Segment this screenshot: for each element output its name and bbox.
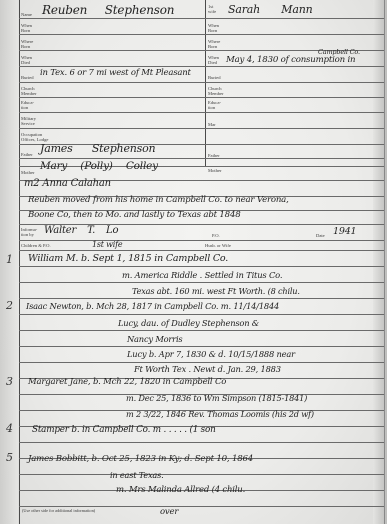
genealogy-record-card: Name Reuben Stephenson When Born Where B…	[0, 0, 387, 524]
buried-value: in Tex. 6 or 7 mi west of Mt Pleasant	[40, 68, 191, 78]
rule	[19, 346, 384, 347]
rule	[19, 97, 384, 98]
right-father-label: Father	[208, 153, 220, 158]
military-label: Military Service	[21, 116, 39, 126]
rule	[19, 442, 384, 443]
rule	[19, 474, 384, 475]
child-3-line-2: m. Dec 25, 1836 to Wm Simpson (1815-1841…	[126, 393, 307, 403]
child-number: 3	[6, 375, 13, 388]
first-wife-note: 1st wife	[92, 240, 122, 249]
right-margin-rule	[384, 0, 385, 524]
child-number: 2	[6, 299, 13, 312]
church-label: Church Member	[21, 86, 39, 96]
father-label: Father	[21, 152, 33, 157]
child-1-line-1: William M. b. Sept 1, 1815 in Campbell C…	[28, 253, 228, 264]
rule	[19, 158, 384, 159]
spouse-label: 1st wife	[208, 4, 218, 14]
right-when-born-label: When Born	[208, 23, 222, 33]
child-5-line-2: in east Texas.	[110, 470, 164, 480]
child-number: 1	[6, 253, 13, 266]
rule	[19, 128, 384, 129]
rule	[19, 314, 384, 315]
right-when-died-value: May 4, 1830 of consumption in	[226, 55, 355, 65]
buried-label: Buried	[21, 75, 34, 80]
information-label: Informa-tion by	[21, 227, 39, 237]
occupation-label: Occupation Offices, Lodge	[21, 132, 51, 142]
right-when-died-label: When Died	[208, 55, 222, 65]
child-number: 5	[6, 451, 13, 464]
rule	[19, 240, 384, 241]
child-3-line-1: Margaret Jane, b. Mch 22, 1820 in Campbe…	[28, 377, 226, 387]
child-2-line-4: Lucy b. Apr 7, 1830 & d. 10/15/1888 near	[127, 349, 295, 359]
rule	[19, 362, 384, 363]
right-where-born-label: Where Born	[208, 39, 222, 49]
right-mar-label: Mar	[208, 122, 216, 127]
rule	[19, 330, 384, 331]
rule	[19, 250, 384, 251]
child-2-line-3: Nancy Morris	[127, 334, 182, 344]
child-number: 4	[6, 422, 13, 435]
child-1-line-2: m. America Riddle . Settled in Titus Co.	[122, 270, 282, 280]
rule	[19, 506, 384, 507]
note-line-3: Boone Co, then to Mo. and lastly to Texa…	[28, 210, 240, 220]
center-column-rule	[205, 0, 206, 166]
over-note: over	[160, 507, 178, 517]
rule	[19, 66, 384, 67]
mother-value: Mary (Polly) Colley	[40, 160, 158, 172]
rule	[19, 266, 384, 267]
spouse-value: Sarah Mann	[228, 3, 312, 16]
footer-note: (Use other side for additional informati…	[22, 508, 95, 513]
note-line-2: Reuben moved from his home in Campbell C…	[28, 195, 289, 205]
right-church-label: Church Member	[208, 86, 226, 96]
date-value: 1941	[333, 226, 356, 237]
mother-label: Mother	[21, 170, 35, 175]
children-label: Children & P.O.	[21, 243, 51, 248]
rule	[19, 18, 384, 19]
rule	[19, 34, 384, 35]
po-label: P.O.	[212, 233, 220, 238]
note-line-1: m2 Anna Calahan	[24, 178, 111, 189]
child-5-line-1: James Bobbitt, b. Oct 25, 1823 in Ky; d.…	[28, 454, 253, 464]
when-died-label: When Died	[21, 55, 35, 65]
child-2-line-1: Isaac Newton, b. Mch 28, 1817 in Campbel…	[26, 301, 279, 311]
child-3-line-3: m 2 3/22, 1846 Rev. Thomas Loomis (his 2…	[126, 409, 314, 419]
child-2-line-2: Lucy, dau. of Dudley Stephenson &	[118, 318, 259, 328]
rule	[19, 298, 384, 299]
rule	[19, 112, 384, 113]
husb-wife-label: Husb. or Wife	[205, 243, 231, 248]
education-label: Educa-tion	[21, 100, 35, 110]
child-1-line-3: Texas abt. 160 mi. west Ft Worth. (8 chi…	[132, 286, 300, 296]
right-education-label: Educa-tion	[208, 100, 222, 110]
rule	[19, 82, 384, 83]
information-value: Walter T. Lo	[44, 225, 118, 236]
rule	[19, 282, 384, 283]
child-5-line-3: m. Mrs Malinda Allred (4 chilu.	[116, 485, 245, 495]
father-value: James Stephenson	[40, 142, 155, 155]
child-4-line-1: Stamper b. in Campbell Co. m . . . . . (…	[32, 425, 216, 435]
right-mother-label: Mother	[208, 168, 222, 173]
child-2-line-5: Ft Worth Tex . Newt d. Jan. 29, 1883	[134, 364, 281, 374]
when-born-label: When Born	[21, 23, 35, 33]
right-buried-label: Buried	[208, 75, 221, 80]
name-label: Name	[21, 12, 32, 17]
date-label: Date	[316, 233, 325, 238]
where-born-label: Where Born	[21, 39, 35, 49]
name-value: Reuben Stephenson	[42, 3, 174, 17]
